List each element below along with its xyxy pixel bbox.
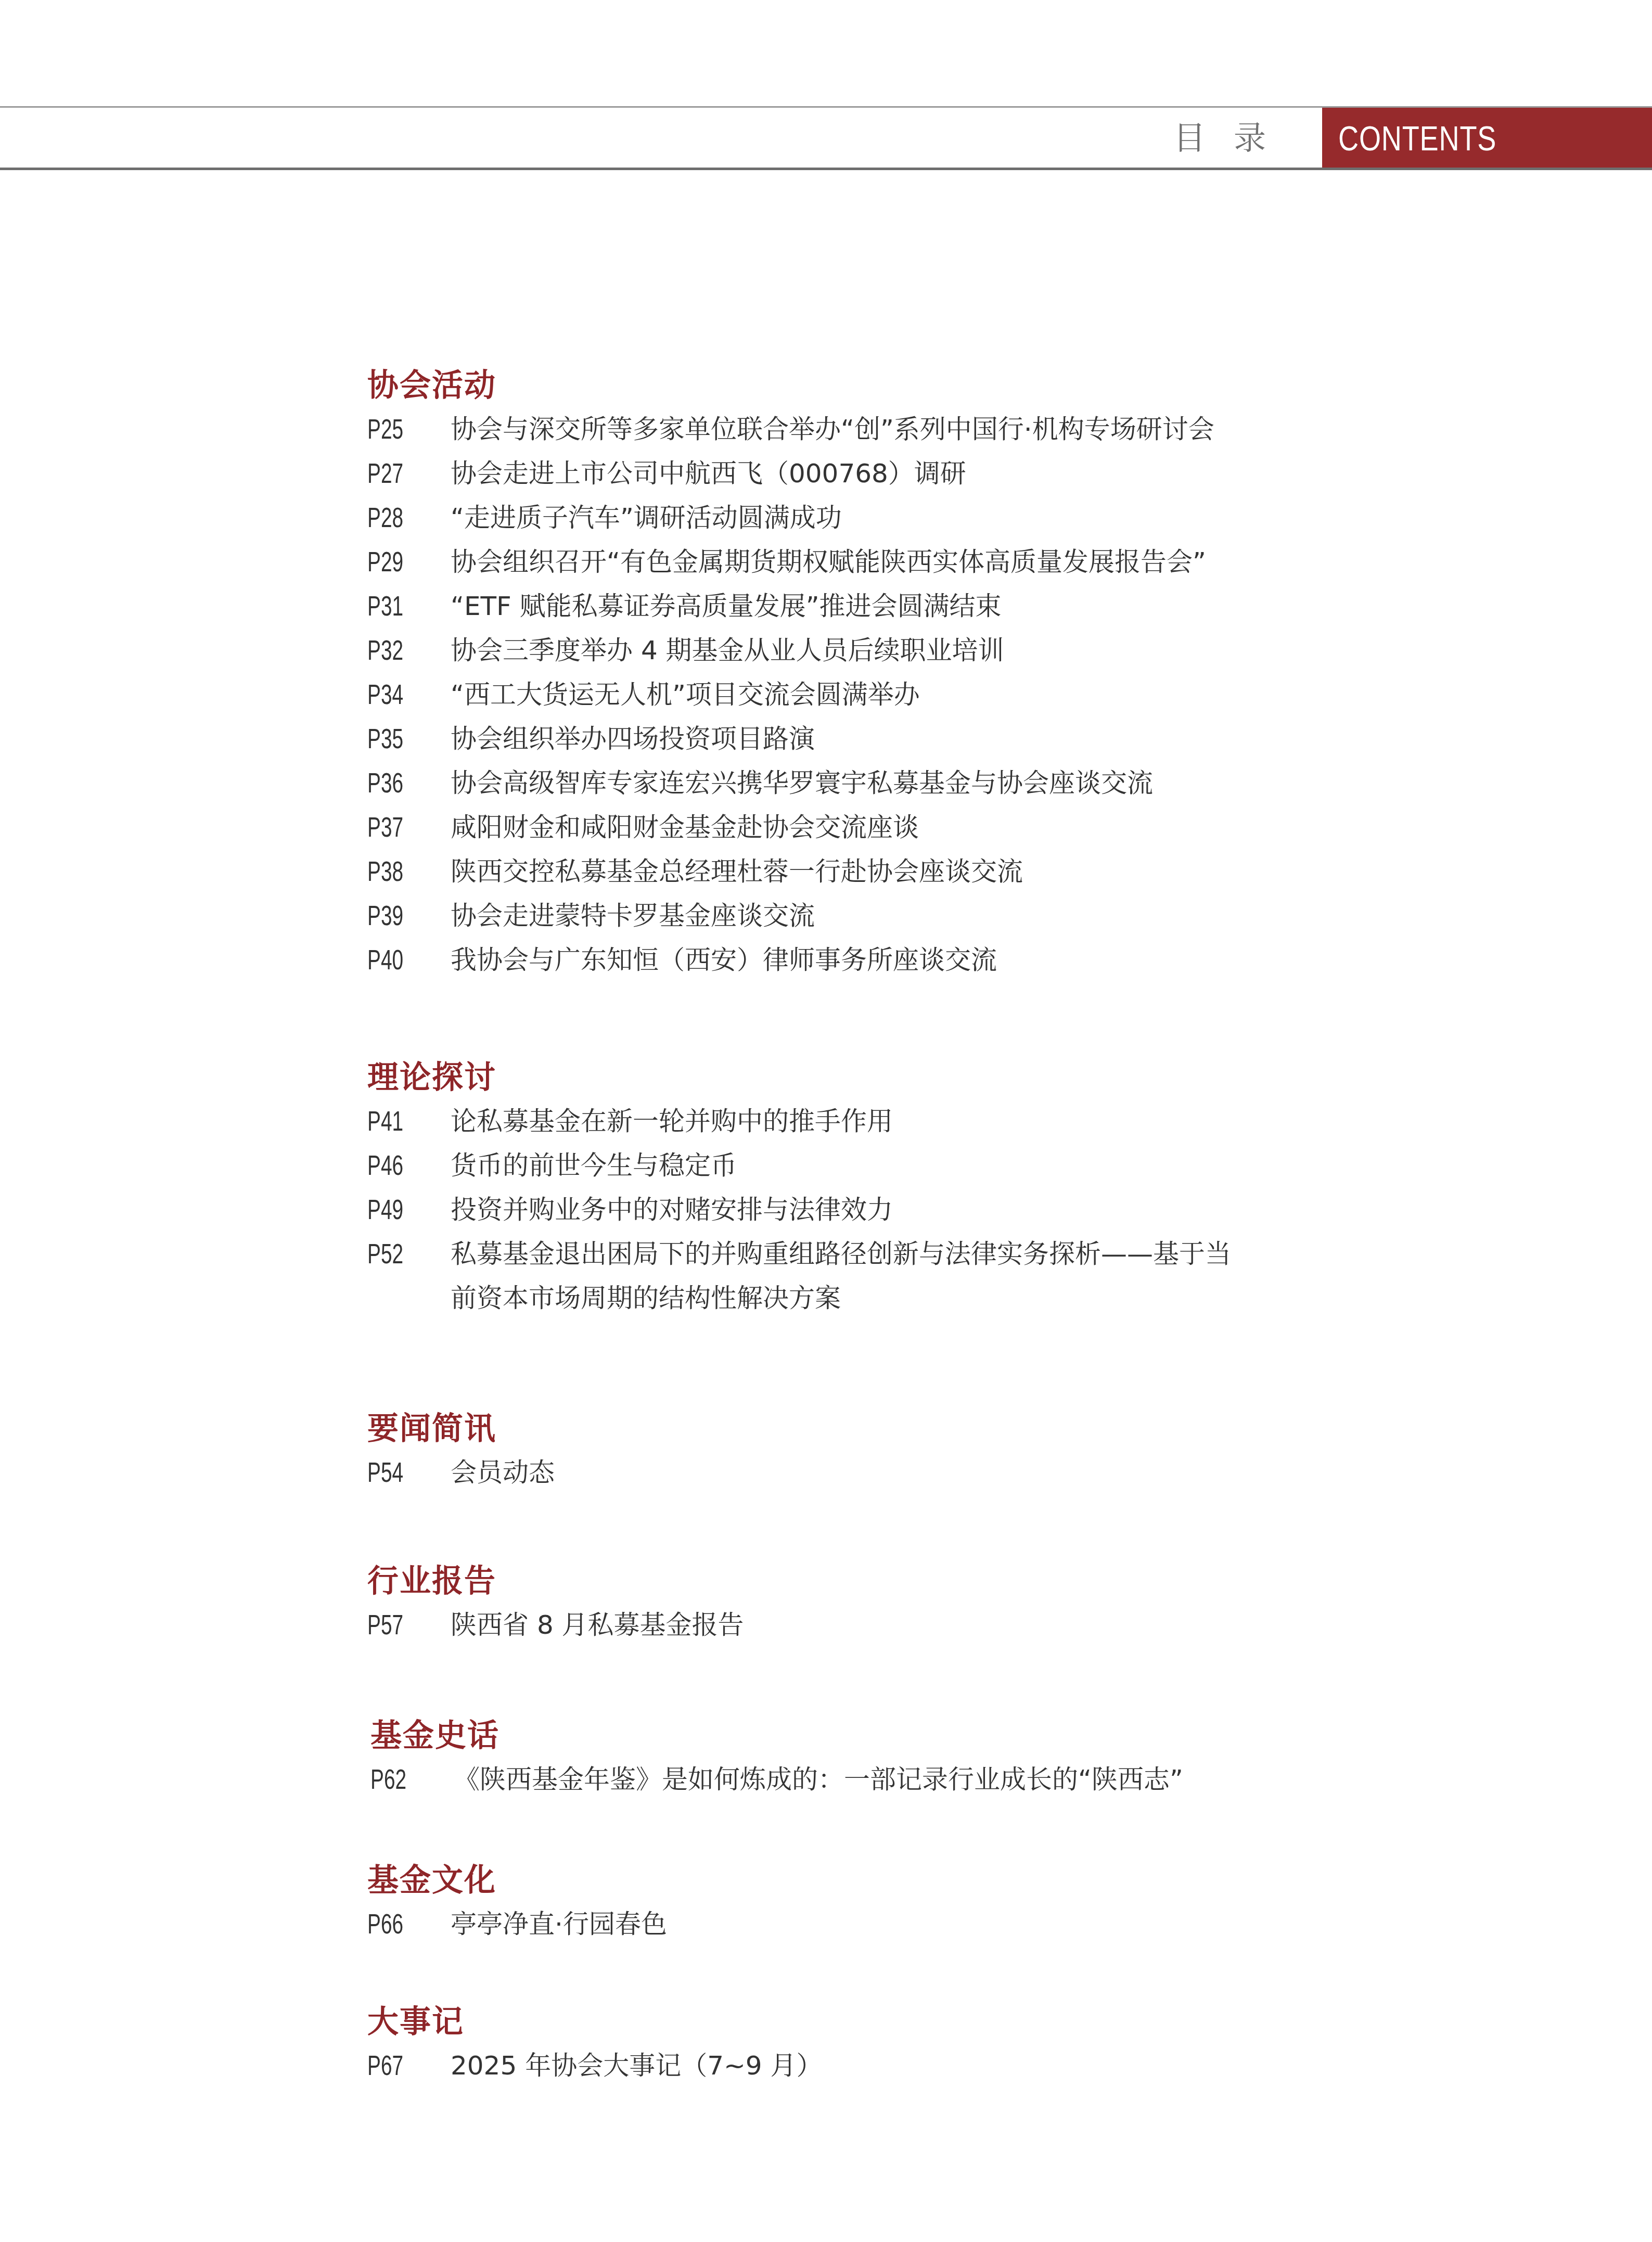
page-number: P36 <box>367 761 427 805</box>
toc-section-industry-report: 行业报告 P57陕西省 8 月私募基金报告 <box>367 1562 1387 1647</box>
toc-entry[interactable]: P62《陕西基金年鉴》是如何炼成的：一部记录行业成长的“陕西志” <box>370 1758 1390 1802</box>
section-title: 基金文化 <box>367 1862 1387 1899</box>
entry-title: 协会与深交所等多家单位联合举办“创”系列中国行·机构专场研讨会 <box>451 407 1387 452</box>
page-number: P25 <box>367 407 427 452</box>
toc-entry[interactable]: P34“西工大货运无人机”项目交流会圆满举办 <box>367 673 1387 717</box>
entry-title: 协会组织召开“有色金属期货期权赋能陕西实体高质量发展报告会” <box>451 540 1387 584</box>
toc-entry[interactable]: P49投资并购业务中的对赌安排与法律效力 <box>367 1188 1387 1232</box>
toc-section-fund-history: 基金史话 P62《陕西基金年鉴》是如何炼成的：一部记录行业成长的“陕西志” <box>370 1717 1390 1802</box>
entry-title: 私募基金退出困局下的并购重组路径创新与法律实务探析——基于当前资本市场周期的结构… <box>451 1232 1387 1321</box>
header-bottom-rule <box>0 168 1652 170</box>
page-number: P49 <box>367 1188 427 1232</box>
page-number: P52 <box>367 1232 427 1321</box>
section-title: 大事记 <box>367 2003 1387 2041</box>
page-number: P27 <box>367 452 427 496</box>
entry-title: 协会组织举办四场投资项目路演 <box>451 717 1387 761</box>
entry-title: 货币的前世今生与稳定币 <box>451 1144 1387 1188</box>
entry-title-line-2: 前资本市场周期的结构性解决方案 <box>451 1276 1387 1321</box>
page-number: P40 <box>367 938 427 982</box>
entry-title: 《陕西基金年鉴》是如何炼成的：一部记录行业成长的“陕西志” <box>454 1758 1390 1802</box>
toc-entry[interactable]: P29协会组织召开“有色金属期货期权赋能陕西实体高质量发展报告会” <box>367 540 1387 584</box>
page-number: P32 <box>367 629 427 673</box>
toc-entry[interactable]: P32协会三季度举办 4 期基金从业人员后续职业培训 <box>367 629 1387 673</box>
page-number: P67 <box>367 2044 427 2088</box>
toc-entry[interactable]: P25协会与深交所等多家单位联合举办“创”系列中国行·机构专场研讨会 <box>367 407 1387 452</box>
section-title: 要闻简讯 <box>367 1410 1387 1447</box>
section-title: 协会活动 <box>367 367 1387 404</box>
entry-title: 亭亭净直·行园春色 <box>451 1902 1387 1946</box>
header-title-cn: 目录 <box>1173 118 1294 159</box>
entry-title: 咸阳财金和咸阳财金基金赴协会交流座谈 <box>451 805 1387 850</box>
entry-title: 协会三季度举办 4 期基金从业人员后续职业培训 <box>451 629 1387 673</box>
entry-title: “走进质子汽车”调研活动圆满成功 <box>451 496 1387 540</box>
page-number: P54 <box>367 1451 427 1495</box>
entry-title: 陕西省 8 月私募基金报告 <box>451 1603 1387 1647</box>
page-number: P31 <box>367 584 427 629</box>
page-number: P39 <box>367 894 427 938</box>
toc-entry[interactable]: P39协会走进蒙特卡罗基金座谈交流 <box>367 894 1387 938</box>
section-title: 理论探讨 <box>367 1059 1387 1096</box>
entry-title: “ETF 赋能私募证券高质量发展”推进会圆满结束 <box>451 584 1387 629</box>
toc-entry[interactable]: P27协会走进上市公司中航西飞（000768）调研 <box>367 452 1387 496</box>
toc-entry[interactable]: P52私募基金退出困局下的并购重组路径创新与法律实务探析——基于当前资本市场周期… <box>367 1232 1387 1321</box>
toc-section-association-activities: 协会活动 P25协会与深交所等多家单位联合举办“创”系列中国行·机构专场研讨会 … <box>367 367 1387 982</box>
page-number: P38 <box>367 850 427 894</box>
page-number: P62 <box>370 1758 430 1802</box>
page-number: P57 <box>367 1603 427 1647</box>
toc-entry[interactable]: P46货币的前世今生与稳定币 <box>367 1144 1387 1188</box>
toc-entry[interactable]: P54会员动态 <box>367 1451 1387 1495</box>
entry-title: 2025 年协会大事记（7~9 月） <box>451 2044 1387 2088</box>
page-number: P28 <box>367 496 427 540</box>
section-title: 基金史话 <box>370 1717 1390 1754</box>
toc-entry[interactable]: P672025 年协会大事记（7~9 月） <box>367 2044 1387 2088</box>
toc-entry[interactable]: P36协会高级智库专家连宏兴携华罗寰宇私募基金与协会座谈交流 <box>367 761 1387 805</box>
entry-title: “西工大货运无人机”项目交流会圆满举办 <box>451 673 1387 717</box>
page-number: P29 <box>367 540 427 584</box>
toc-section-fund-culture: 基金文化 P66亭亭净直·行园春色 <box>367 1862 1387 1946</box>
page-number: P37 <box>367 805 427 850</box>
entry-title: 论私募基金在新一轮并购中的推手作用 <box>451 1099 1387 1144</box>
toc-entry[interactable]: P38陕西交控私募基金总经理杜蓉一行赴协会座谈交流 <box>367 850 1387 894</box>
entry-title: 会员动态 <box>451 1451 1387 1495</box>
header-title-en: CONTENTS <box>1338 118 1496 159</box>
page-number: P34 <box>367 673 427 717</box>
toc-entry[interactable]: P35协会组织举办四场投资项目路演 <box>367 717 1387 761</box>
entry-title: 协会走进上市公司中航西飞（000768）调研 <box>451 452 1387 496</box>
entry-title: 陕西交控私募基金总经理杜蓉一行赴协会座谈交流 <box>451 850 1387 894</box>
entry-title-line-1: 私募基金退出困局下的并购重组路径创新与法律实务探析——基于当 <box>451 1239 1231 1269</box>
toc-entry[interactable]: P37咸阳财金和咸阳财金基金赴协会交流座谈 <box>367 805 1387 850</box>
section-title: 行业报告 <box>367 1562 1387 1600</box>
toc-section-major-events: 大事记 P672025 年协会大事记（7~9 月） <box>367 2003 1387 2088</box>
entry-title: 协会高级智库专家连宏兴携华罗寰宇私募基金与协会座谈交流 <box>451 761 1387 805</box>
page-number: P46 <box>367 1144 427 1188</box>
toc-entry[interactable]: P41论私募基金在新一轮并购中的推手作用 <box>367 1099 1387 1144</box>
toc-section-theory-discussion: 理论探讨 P41论私募基金在新一轮并购中的推手作用 P46货币的前世今生与稳定币… <box>367 1059 1387 1321</box>
entry-title: 我协会与广东知恒（西安）律师事务所座谈交流 <box>451 938 1387 982</box>
page-number: P66 <box>367 1902 427 1946</box>
entry-title: 协会走进蒙特卡罗基金座谈交流 <box>451 894 1387 938</box>
toc-entry[interactable]: P40我协会与广东知恒（西安）律师事务所座谈交流 <box>367 938 1387 982</box>
page-number: P35 <box>367 717 427 761</box>
toc-entry[interactable]: P31“ETF 赋能私募证券高质量发展”推进会圆满结束 <box>367 584 1387 629</box>
toc-entry[interactable]: P66亭亭净直·行园春色 <box>367 1902 1387 1946</box>
page-number: P41 <box>367 1099 427 1144</box>
toc-entry[interactable]: P28“走进质子汽车”调研活动圆满成功 <box>367 496 1387 540</box>
toc-entry[interactable]: P57陕西省 8 月私募基金报告 <box>367 1603 1387 1647</box>
toc-section-news-briefs: 要闻简讯 P54会员动态 <box>367 1410 1387 1495</box>
entry-title: 投资并购业务中的对赌安排与法律效力 <box>451 1188 1387 1232</box>
